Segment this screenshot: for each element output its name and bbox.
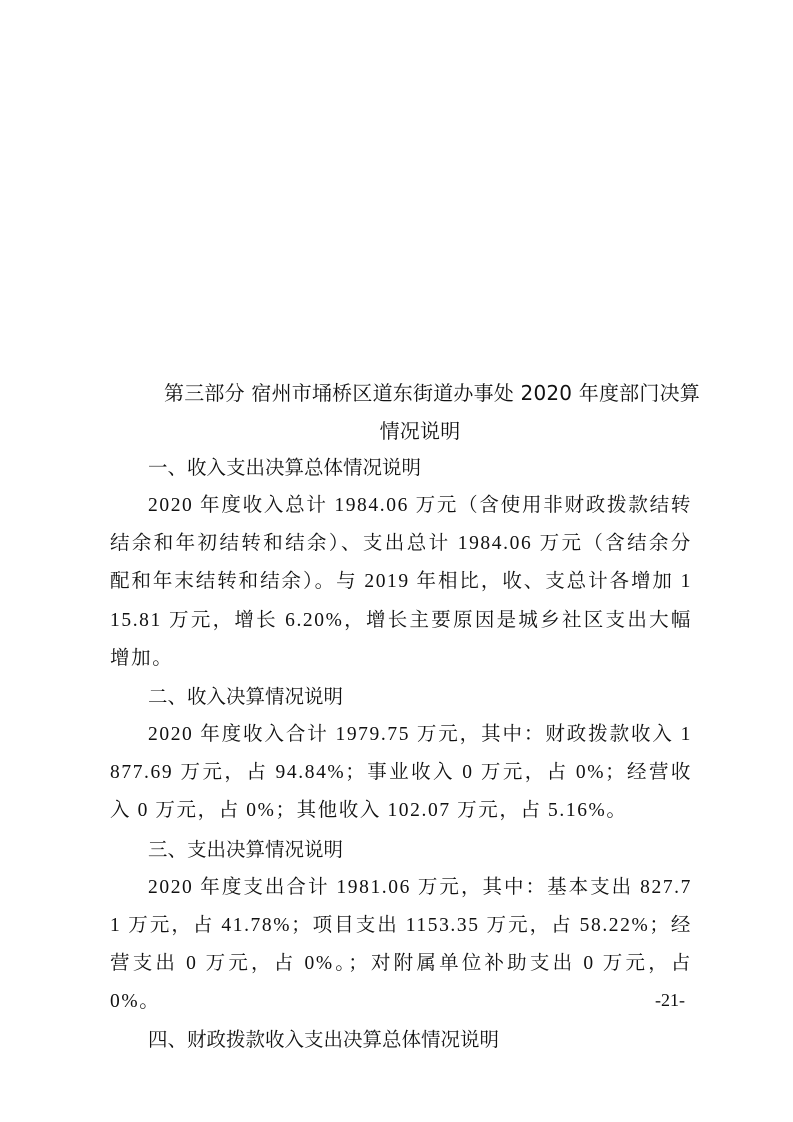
section-paragraph-2: 2020 年度收入合计 1979.75 万元，其中：财政拨款收入 1877.69…	[110, 716, 692, 831]
page-number: -21-	[630, 990, 710, 1011]
section-paragraph-1: 2020 年度收入总计 1984.06 万元（含使用非财政拨款结转结余和年初结转…	[110, 487, 692, 678]
document-title: 第三部分 宿州市埇桥区道东街道办事处 2020 年度部门决算 情况说明	[100, 374, 700, 450]
section-heading-4: 四、财政拨款收入支出决算总体情况说明	[110, 1021, 692, 1059]
section-paragraph-3: 2020 年度支出合计 1981.06 万元，其中：基本支出 827.71 万元…	[110, 869, 692, 1022]
document-body: 一、收入支出决算总体情况说明 2020 年度收入总计 1984.06 万元（含使…	[110, 449, 692, 1059]
section-heading-2: 二、收入决算情况说明	[110, 678, 692, 716]
title-line-2: 情况说明	[100, 412, 700, 450]
title-line-1: 第三部分 宿州市埇桥区道东街道办事处 2020 年度部门决算	[100, 374, 700, 412]
section-heading-3: 三、支出决算情况说明	[110, 831, 692, 869]
section-heading-1: 一、收入支出决算总体情况说明	[110, 449, 692, 487]
document-page: 第三部分 宿州市埇桥区道东街道办事处 2020 年度部门决算 情况说明 一、收入…	[0, 0, 793, 1122]
